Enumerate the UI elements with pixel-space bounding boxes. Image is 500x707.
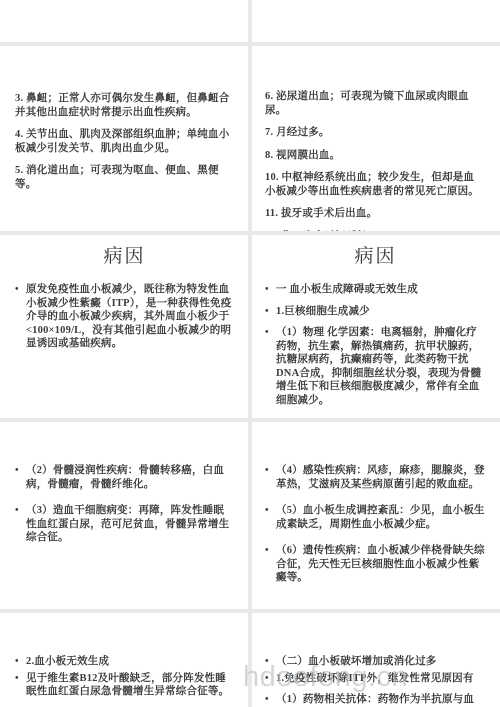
- bullet: •: [265, 504, 269, 518]
- bullet: •: [265, 283, 269, 297]
- bullet: •: [265, 655, 269, 669]
- list-item-text: 5. 消化道出血；可表现为呕血、便血、黑便等。: [15, 165, 219, 190]
- bullet: •: [265, 544, 269, 558]
- list-item-text: 8. 视网膜出血。: [265, 150, 340, 161]
- slide-cell-ineffective-generation: • 2.血小板无效生成 • 见于维生素B12及叶酸缺乏，部分阵发性睡眠性血红蛋白…: [0, 613, 248, 707]
- slides-preview-page: 3. 鼻衄；正常人亦可偶尔发生鼻衄，但鼻衄合并其他出血症状时常提示出血性疾病。 …: [0, 0, 500, 707]
- list-item-text: 1.免疫性破坏除ITP外，继发性常见原因有: [276, 673, 474, 684]
- list-item: 4. 关节出血、肌肉及深部组织血肿；单纯血小板减少引发关节、肌肉出血少见。: [15, 128, 232, 155]
- list-item-text: （6）遗传性疾病：血小板减少伴桡骨缺失综合征，先天性无巨核细胞性血小板减少性紫癜…: [276, 545, 485, 583]
- list-item-text: 7. 月经过多。: [265, 127, 330, 138]
- list-item-text: （5）血小板生成调控紊乱：少见，血小板生成素缺乏，周期性血小板减少症。: [276, 505, 485, 530]
- list-item: • （3）造血干细胞病变：再障，阵发性睡眠性血红蛋白尿，范可尼贫血，骨髓异常增生…: [15, 504, 234, 545]
- list-item: • （5）血小板生成调控紊乱：少见，血小板生成素缺乏，周期性血小板减少症。: [265, 504, 486, 531]
- list-item-text: 11. 拔牙或手术后出血。: [265, 208, 377, 219]
- slide-cell-cause-generation: 病因 • 一 血小板生成障碍或无效生成 • 1.巨核细胞生成减少 • （1）物理…: [252, 235, 500, 418]
- list-item-text: 1.巨核细胞生成减少: [276, 306, 370, 317]
- list-item: 12. 伤口出血时间延长。: [265, 230, 484, 232]
- list-item-text: 10. 中枢神经系统出血；较少发生，但却是血小板减少等出血性疾病患者的常见死亡原…: [265, 172, 479, 197]
- list-item: • （1）物理 化学因素：电离辐射，肿瘤化疗药物，抗生素，解热镇痛药，抗甲状腺药…: [265, 326, 486, 407]
- list-item-text: （二）血小板破坏增加或消化过多: [276, 656, 437, 667]
- list-item: • （4）感染性疾病：风疹，麻疹，腮腺炎，登革热，艾滋病及某些病原菌引起的败血症…: [265, 464, 486, 491]
- list-item-text: 原发免疫性血小板减少，既往称为特发性血小板减少性紫癜（ITP），是一种获得性免疫…: [26, 284, 231, 349]
- list-item: 6. 泌尿道出血；可表现为镜下血尿或肉眼血尿。: [265, 90, 484, 117]
- list-item-text: （4）感染性疾病：风疹，麻疹，腮腺炎，登革热，艾滋病及某些病原菌引起的败血症。: [276, 465, 485, 490]
- list-item-text: （3）造血干细胞病变：再障，阵发性睡眠性血红蛋白尿，范可尼贫血，骨髓异常增生综合…: [26, 505, 229, 543]
- slide-cell-bleeding-list-right: 6. 泌尿道出血；可表现为镜下血尿或肉眼血尿。 7. 月经过多。 8. 视网膜出…: [252, 46, 500, 231]
- list-item-text: 2.血小板无效生成: [26, 656, 109, 667]
- list-item-text: 一 血小板生成障碍或无效生成: [276, 284, 418, 295]
- list-item: • 2.血小板无效生成: [15, 655, 234, 669]
- list-item-text: 见于维生素B12及叶酸缺乏，部分阵发性睡眠性血红蛋白尿急骨髓增生异常综合征等。: [26, 673, 229, 698]
- list-item: 8. 视网膜出血。: [265, 149, 484, 163]
- bullet: •: [265, 672, 269, 686]
- list-item-text: 4. 关节出血、肌肉及深部组织血肿；单纯血小板减少引发关节、肌肉出血少见。: [15, 129, 229, 154]
- list-item: 11. 拔牙或手术后出血。: [265, 207, 484, 221]
- bullet: •: [265, 305, 269, 319]
- list-item: 3. 鼻衄；正常人亦可偶尔发生鼻衄，但鼻衄合并其他出血症状时常提示出血性疾病。: [15, 92, 232, 119]
- list-item-text: 12. 伤口出血时间延长。: [265, 231, 378, 232]
- bullet: •: [265, 326, 269, 340]
- list-item: • 一 血小板生成障碍或无效生成: [265, 283, 486, 297]
- list-item: 10. 中枢神经系统出血；较少发生，但却是血小板减少等出血性疾病患者的常见死亡原…: [265, 171, 484, 198]
- slide-cell-cause-itp: 病因 • 原发免疫性血小板减少，既往称为特发性血小板减少性紫癜（ITP），是一种…: [0, 235, 248, 418]
- slide-title: 病因: [15, 245, 234, 269]
- list-item-text: （2）骨髓浸润性疾病：骨髓转移癌，白血病，骨髓瘤，骨髓纤维化。: [26, 465, 224, 490]
- list-item: • （2）骨髓浸润性疾病：骨髓转移癌，白血病，骨髓瘤，骨髓纤维化。: [15, 464, 234, 491]
- bullet: •: [15, 655, 19, 669]
- list-item: • 1.免疫性破坏除ITP外，继发性常见原因有: [265, 672, 486, 686]
- slide-cell-cause-marrow: • （2）骨髓浸润性疾病：骨髓转移癌，白血病，骨髓瘤，骨髓纤维化。 • （3）造…: [0, 422, 248, 609]
- bullet: •: [265, 464, 269, 478]
- bullet: •: [265, 693, 269, 707]
- list-item-text: 3. 鼻衄；正常人亦可偶尔发生鼻衄，但鼻衄合并其他出血症状时常提示出血性疾病。: [15, 93, 229, 118]
- bullet: •: [15, 464, 19, 478]
- list-item: • 1.巨核细胞生成减少: [265, 305, 486, 319]
- list-item: • （二）血小板破坏增加或消化过多: [265, 655, 486, 669]
- slide-cell-cause-infection: • （4）感染性疾病：风疹，麻疹，腮腺炎，登革热，艾滋病及某些病原菌引起的败血症…: [252, 422, 500, 609]
- bullet: •: [15, 672, 19, 686]
- slide-cell-bleeding-list-left: 3. 鼻衄；正常人亦可偶尔发生鼻衄，但鼻衄合并其他出血症状时常提示出血性疾病。 …: [0, 46, 248, 231]
- bullet: •: [15, 504, 19, 518]
- list-item-text: （1）物理 化学因素：电离辐射，肿瘤化疗药物，抗生素，解热镇痛药，抗甲状腺药，抗…: [276, 327, 481, 406]
- slide-title: 病因: [265, 245, 486, 269]
- list-item: • （1）药物相关抗体：药物作为半抗原与血: [265, 693, 486, 707]
- list-item: 5. 消化道出血；可表现为呕血、便血、黑便等。: [15, 164, 232, 191]
- list-item: 7. 月经过多。: [265, 126, 484, 140]
- list-item-text: （1）药物相关抗体：药物作为半抗原与血: [276, 694, 474, 705]
- list-item-text: 6. 泌尿道出血；可表现为镜下血尿或肉眼血尿。: [265, 91, 469, 116]
- list-item: • （6）遗传性疾病：血小板减少伴桡骨缺失综合征，先天性无巨核细胞性血小板减少性…: [265, 544, 486, 585]
- bullet: •: [15, 283, 19, 297]
- list-item: • 原发免疫性血小板减少，既往称为特发性血小板减少性紫癜（ITP），是一种获得性…: [15, 283, 234, 351]
- list-item: • 见于维生素B12及叶酸缺乏，部分阵发性睡眠性血红蛋白尿急骨髓增生异常综合征等…: [15, 672, 234, 699]
- slide-cell-destruction: • （二）血小板破坏增加或消化过多 • 1.免疫性破坏除ITP外，继发性常见原因…: [252, 613, 500, 707]
